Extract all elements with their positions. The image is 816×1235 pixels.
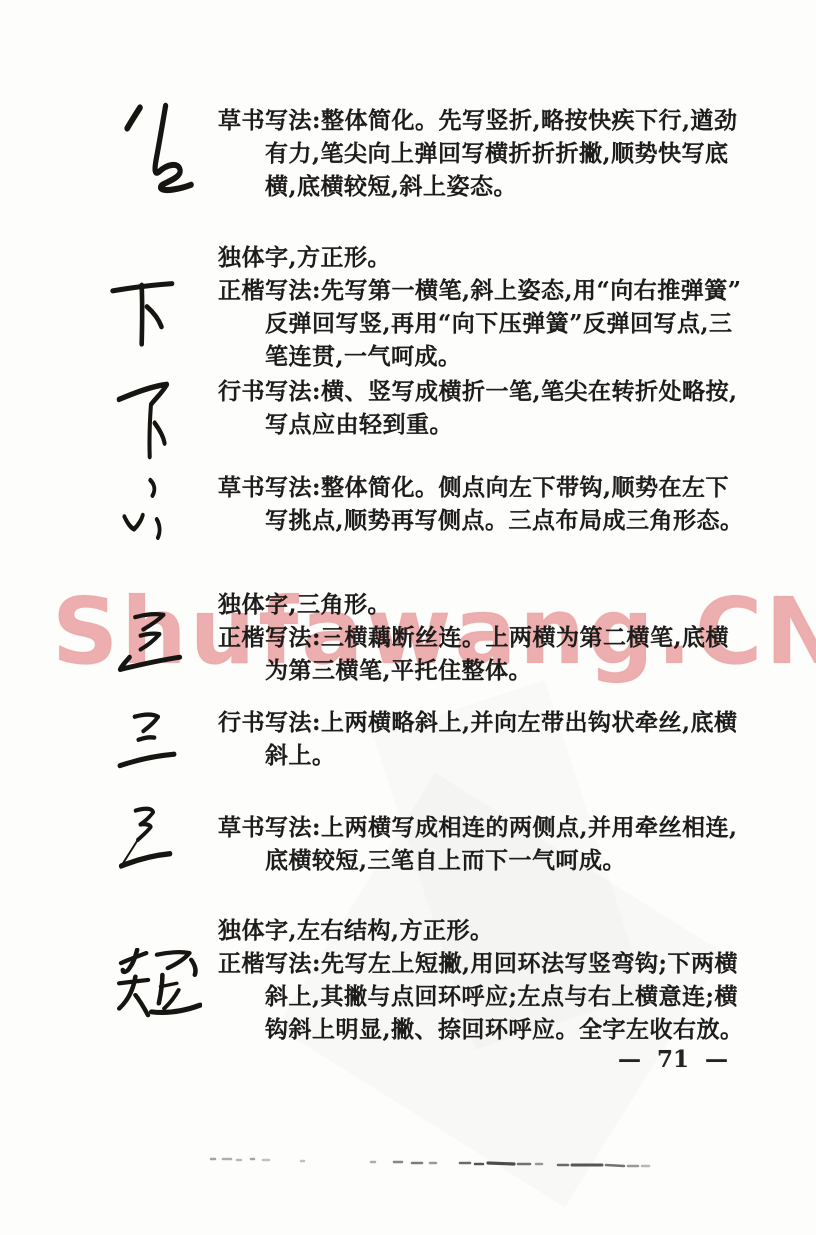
- brush-character-icon: [119, 476, 173, 546]
- brush-character-icon: [116, 711, 178, 783]
- calligraphy-glyph-xia-kaishu: [110, 275, 176, 347]
- book-page: Shufawang.CN: [0, 0, 816, 1235]
- calligraphy-glyph-zhi-caoshu: [116, 102, 196, 196]
- calligraphy-glyph-san-xingshu: [116, 711, 178, 783]
- block-xia-duti-kaishu: 独体字,方正形。 正楷写法:先写第一横笔,斜上姿态,用“向右推弹簧” 反弹回写竖…: [218, 241, 774, 373]
- block-xia-caoshu: 草书写法:整体简化。侧点向左下带钩,顺势在左下 写挑点,顺势再写侧点。三点布局成…: [218, 471, 774, 537]
- brush-character-icon: [112, 948, 202, 1032]
- block-san-duti-kaishu: 独体字,三角形。 正楷写法:三横藕断丝连。上两横为第二横笔,底横 为第三横笔,平…: [218, 588, 774, 687]
- scan-artifact-line: [205, 1155, 655, 1169]
- block-yi-duti-kaishu: 独体字,左右结构,方正形。 正楷写法:先写左上短撇,用回环法写竖弯钩;下两横 斜…: [218, 914, 774, 1046]
- block-caoshu-prev-character: 草书写法:整体简化。先写竖折,略按快疾下行,遒劲 有力,笔尖向上弹回写横折折折撇…: [218, 104, 774, 203]
- brush-character-icon: [115, 376, 177, 460]
- brush-character-icon: [116, 611, 184, 688]
- page-number: — 71 —: [618, 1046, 728, 1073]
- calligraphy-glyph-san-caoshu: [115, 806, 175, 883]
- calligraphy-glyph-san-kaishu: [116, 611, 184, 688]
- block-san-xingshu: 行书写法:上两横略斜上,并向左带出钩状牵丝,底横 斜上。: [218, 706, 774, 772]
- brush-character-icon: [110, 275, 176, 347]
- brush-character-icon: [116, 102, 196, 196]
- calligraphy-glyph-xia-xingshu: [115, 376, 177, 460]
- block-xia-xingshu: 行书写法:横、竖写成横折一笔,笔尖在转折处略按, 写点应由轻到重。: [218, 375, 774, 441]
- calligraphy-glyph-xia-caoshu: [119, 476, 173, 546]
- brush-character-icon: [115, 806, 175, 883]
- block-san-caoshu: 草书写法:上两横写成相连的两侧点,并用牵丝相连, 底横较短,三笔自上而下一气呵成…: [218, 811, 774, 877]
- calligraphy-glyph-yi-kaishu: [112, 948, 202, 1032]
